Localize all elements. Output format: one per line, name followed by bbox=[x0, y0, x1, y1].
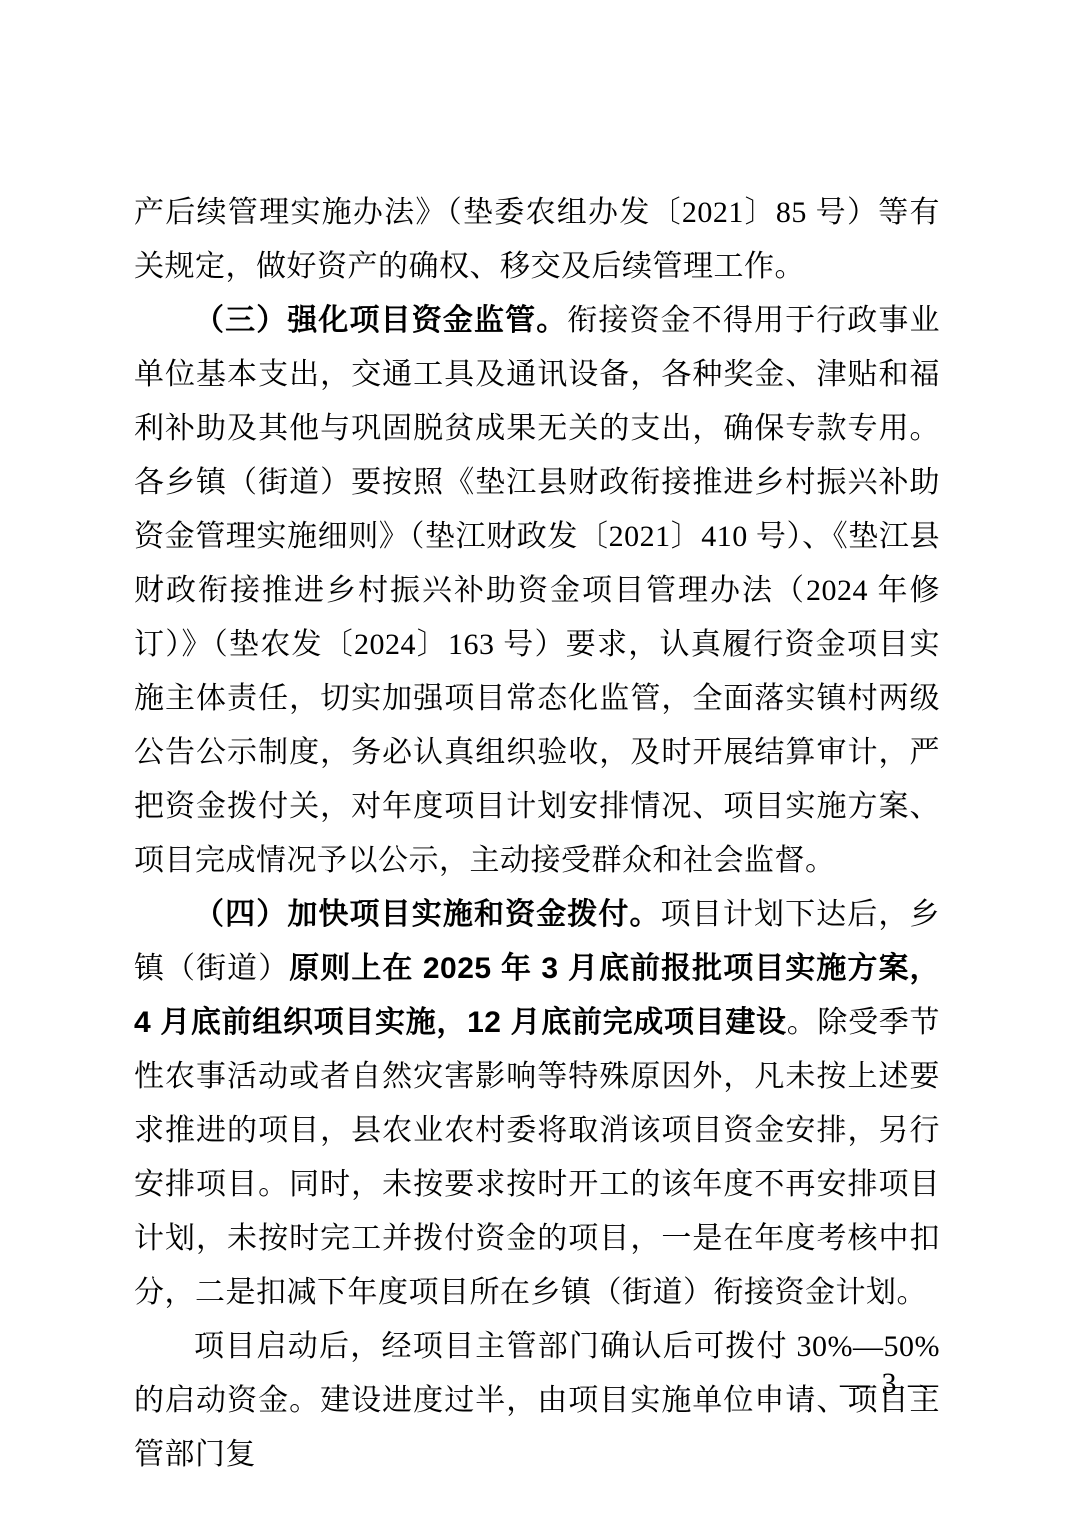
fund-disbursement-text: 项目启动后，经项目主管部门确认后可拨付 30%—50%的启动资金。建设进度过半，… bbox=[134, 1330, 940, 1471]
page-number: — 3 — bbox=[840, 1366, 940, 1402]
paragraph-fund-disbursement: 项目启动后，经项目主管部门确认后可拨付 30%—50%的启动资金。建设进度过半，… bbox=[134, 1320, 940, 1482]
section-three-heading: （三）强化项目资金监管。 bbox=[194, 304, 567, 337]
section-four-continued-text: 。除受季节性农事活动或者自然灾害影响等特殊原因外，凡未按上述要求推进的项目，县农… bbox=[134, 1006, 940, 1309]
paragraph-section-four: （四）加快项目实施和资金拨付。项目计划下达后，乡镇（街道）原则上在 2025 年… bbox=[134, 888, 940, 1320]
paragraph-continuation: 产后续管理实施办法》（垫委农组办发〔2021〕85 号）等有关规定，做好资产的确… bbox=[134, 186, 940, 294]
document-page: 产后续管理实施办法》（垫委农组办发〔2021〕85 号）等有关规定，做好资产的确… bbox=[0, 0, 1074, 1520]
paragraph-section-three: （三）强化项目资金监管。衔接资金不得用于行政事业单位基本支出，交通工具及通讯设备… bbox=[134, 294, 940, 888]
section-four-heading: （四）加快项目实施和资金拨付。 bbox=[194, 898, 661, 931]
document-text-block: 产后续管理实施办法》（垫委农组办发〔2021〕85 号）等有关规定，做好资产的确… bbox=[134, 186, 940, 1482]
paragraph-text: 产后续管理实施办法》（垫委农组办发〔2021〕85 号）等有关规定，做好资产的确… bbox=[134, 196, 940, 283]
section-three-body-text: 衔接资金不得用于行政事业单位基本支出，交通工具及通讯设备，各种奖金、津贴和福利补… bbox=[134, 304, 940, 877]
